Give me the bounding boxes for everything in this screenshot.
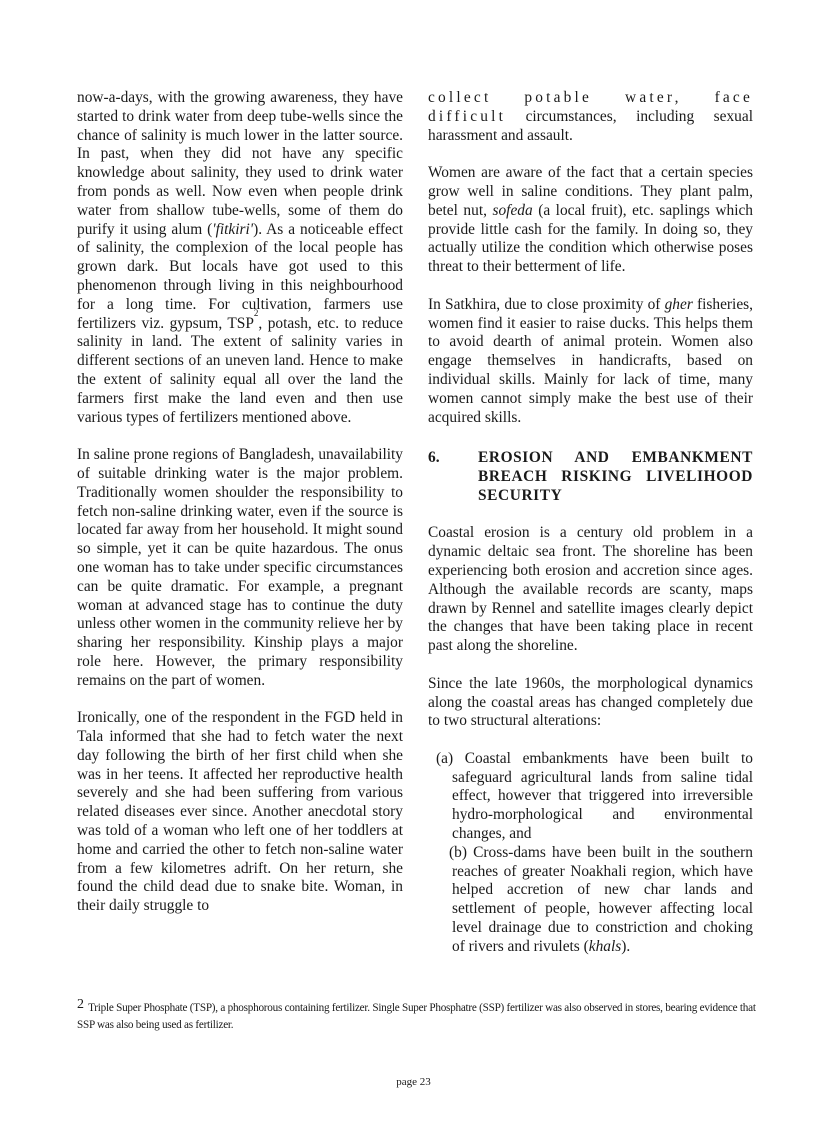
list-item-b: (b) Cross-dams have been built in the so… — [428, 844, 753, 957]
text-run: now-a-days, with the growing awareness, … — [77, 89, 403, 238]
text-run: fisheries, women find it easier to raise… — [428, 296, 753, 426]
paragraph-gap — [428, 656, 753, 675]
paragraph-drinking-water-awareness: now-a-days, with the growing awareness, … — [77, 89, 403, 427]
paragraph-satkhira: In Satkhira, due to close proximity of g… — [428, 296, 753, 428]
page-number: page 23 — [0, 1076, 827, 1088]
italic-term-fitkiri: 'fitkiri' — [212, 221, 253, 238]
text-run: In Satkhira, due to close proximity of — [428, 296, 665, 313]
paragraph-gap — [428, 506, 753, 525]
section-title: EROSION AND EMBANKMENT BREACH RISKING LI… — [478, 449, 753, 505]
footnote-reference[interactable]: 2 — [254, 308, 259, 318]
list-item-a: (a) Coastal embankments have been built … — [428, 750, 753, 844]
italic-term-sofeda: sofeda — [492, 202, 532, 219]
paragraph-saline-species: Women are aware of the fact that a certa… — [428, 164, 753, 277]
paragraph-gap — [77, 691, 403, 710]
paragraph-gap — [428, 427, 753, 446]
paragraph-coastal-erosion: Coastal erosion is a century old problem… — [428, 524, 753, 656]
footnote-text: Triple Super Phosphate (TSP), a phosphor… — [77, 1002, 756, 1031]
paragraph-saline-regions: In saline prone regions of Bangladesh, u… — [77, 446, 403, 690]
text-run: ). — [621, 938, 630, 955]
italic-term-gher: gher — [665, 296, 693, 313]
section-heading: 6. EROSION AND EMBANKMENT BREACH RISKING… — [428, 449, 753, 505]
section-number: 6. — [428, 449, 478, 505]
italic-term-khals: khals — [589, 938, 622, 955]
paragraph-morphological-dynamics: Since the late 1960s, the morphological … — [428, 675, 753, 731]
left-column: now-a-days, with the growing awareness, … — [77, 89, 403, 916]
footnote: 2 Triple Super Phosphate (TSP), a phosph… — [77, 1000, 757, 1033]
paragraph-gap — [77, 427, 403, 446]
footnote-mark: 2 — [77, 997, 84, 1012]
paragraph-potable-water: collect potable water, face difficult ci… — [428, 89, 753, 145]
paragraph-gap — [428, 277, 753, 296]
paragraph-gap — [428, 731, 753, 750]
right-column: collect potable water, face difficult ci… — [428, 89, 753, 957]
paragraph-gap — [428, 145, 753, 164]
paragraph-tala-fgd: Ironically, one of the respondent in the… — [77, 709, 403, 916]
